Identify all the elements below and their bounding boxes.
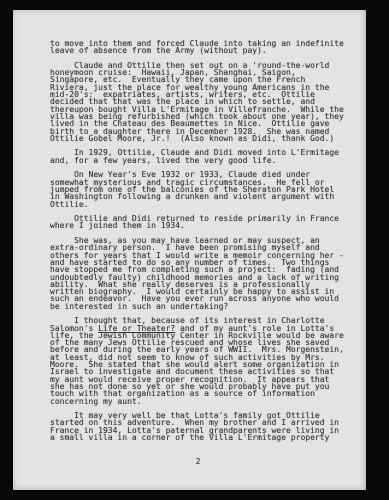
paragraph: It may very well be that Lotta's family …	[50, 412, 360, 441]
paragraph: On New Year's Eve 1932 or 1933, Claude d…	[50, 171, 360, 207]
paragraph-text: and of my aunt's role in Lotta's life, t…	[50, 324, 344, 406]
paragraph: Ottilie and Didi returned to reside prim…	[50, 215, 360, 230]
paragraph: She was, as you may have learned or may …	[50, 237, 360, 310]
letter-paper-page: to move into them and forced Claude into…	[13, 10, 366, 490]
page-number: 2	[50, 458, 346, 465]
paragraph: I thought that, because of its interest …	[50, 317, 360, 405]
document-scan-viewport: to move into them and forced Claude into…	[0, 0, 389, 500]
letter-body: to move into them and forced Claude into…	[50, 40, 360, 466]
paragraph: In 1929, Ottilie, Claude and Didi moved …	[50, 149, 360, 164]
paragraph: Claude and Ottilie then set out on a 'ro…	[50, 62, 360, 142]
paragraph: to move into them and forced Claude into…	[50, 40, 360, 55]
